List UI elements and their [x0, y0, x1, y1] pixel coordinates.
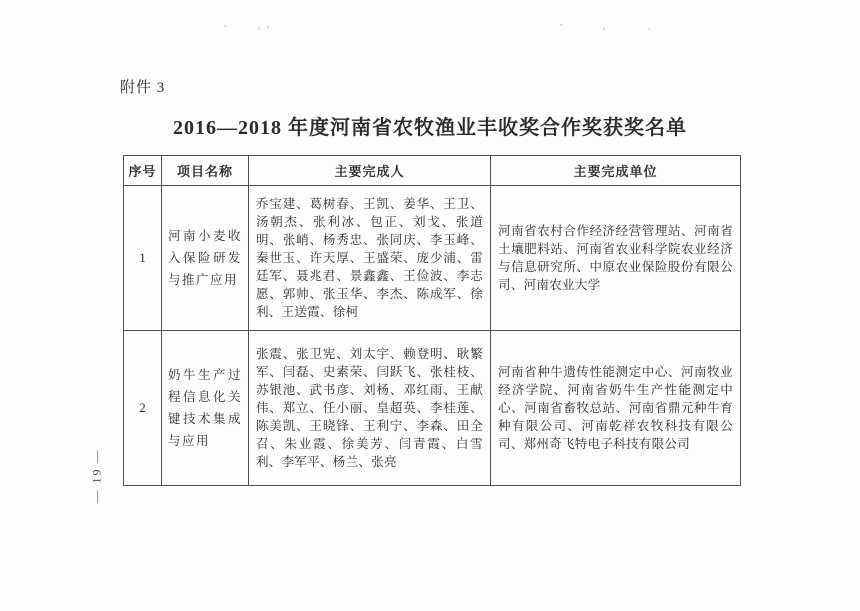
scan-artifact [267, 26, 269, 29]
page-number: — 19 — [90, 436, 105, 516]
contributors-list: 张震、张卫宪、刘太宇、赖登明、耿繁军、闫磊、史素荣、闫跃飞、张桂枝、苏银池、武书… [249, 331, 491, 486]
table-header-row: 序号 项目名称 主要完成人 主要完成单位 [124, 156, 741, 186]
col-header-index: 序号 [124, 156, 162, 186]
col-header-project: 项目名称 [162, 156, 249, 186]
row-index: 1 [124, 186, 162, 331]
project-name: 河南小麦收入保险研发与推广应用 [162, 186, 249, 331]
scan-artifact [258, 27, 260, 30]
completing-units: 河南省种牛遗传性能测定中心、河南牧业经济学院、河南省奶牛生产性能测定中心、河南省… [491, 331, 741, 486]
table-row: 1 河南小麦收入保险研发与推广应用 乔宝建、葛树春、王凯、姜华、王卫、汤朝杰、张… [124, 186, 741, 331]
col-header-units: 主要完成单位 [491, 156, 741, 186]
award-table: 序号 项目名称 主要完成人 主要完成单位 1 河南小麦收入保险研发与推广应用 乔… [123, 155, 741, 486]
scan-artifact [224, 25, 227, 27]
completing-units: 河南省农村合作经济经营管理站、河南省土壤肥料站、河南省农业科学院农业经济与信息研… [491, 186, 741, 331]
scan-artifact [560, 24, 563, 26]
contributors-list: 乔宝建、葛树春、王凯、姜华、王卫、汤朝杰、张利冰、包正、刘戈、张道明、张峭、杨秀… [249, 186, 491, 331]
attachment-label: 附件 3 [120, 76, 165, 97]
document-title: 2016—2018 年度河南省农牧渔业丰收奖合作奖获奖名单 [0, 111, 860, 140]
scan-artifact [603, 27, 605, 30]
row-index: 2 [124, 331, 162, 486]
table-row: 2 奶牛生产过程信息化关键技术集成与应用 张震、张卫宪、刘太宇、赖登明、耿繁军、… [124, 331, 741, 486]
scan-artifact [648, 28, 650, 30]
col-header-contributors: 主要完成人 [249, 156, 491, 186]
project-name: 奶牛生产过程信息化关键技术集成与应用 [162, 331, 249, 486]
